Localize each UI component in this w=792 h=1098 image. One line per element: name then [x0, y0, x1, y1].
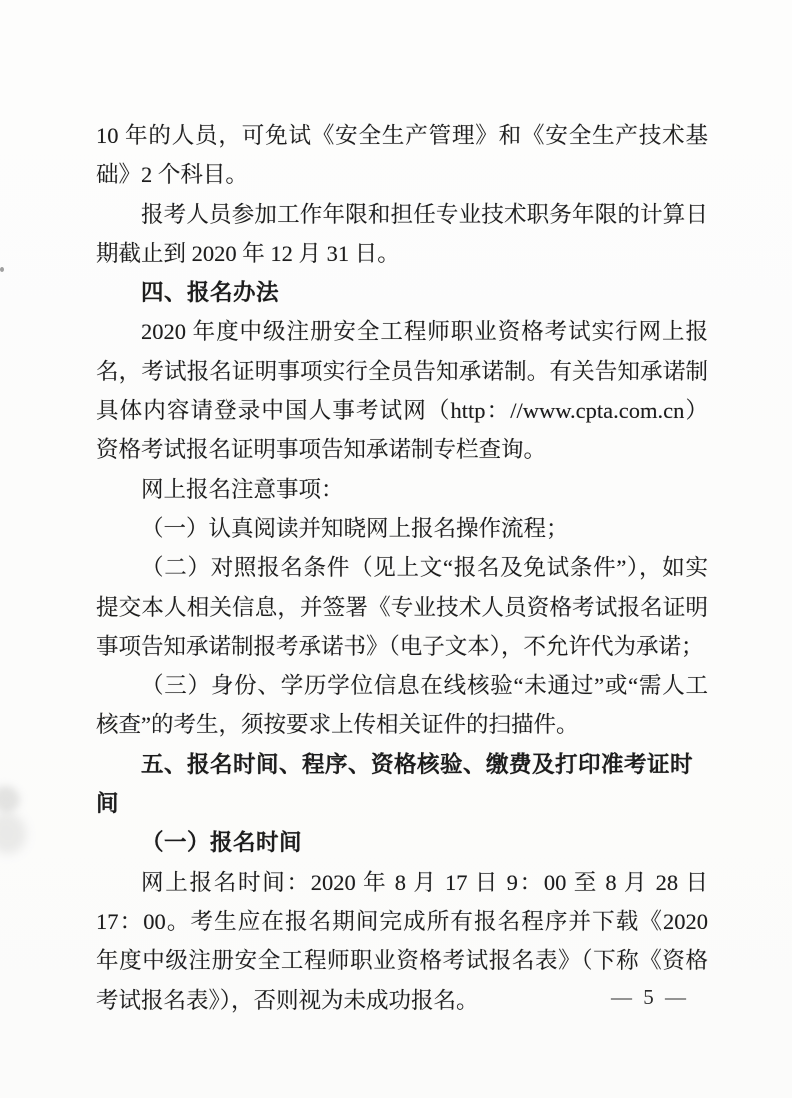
section-heading-4: 四、报名办法 [96, 273, 708, 312]
list-item-3: （三）身份、学历学位信息在线核验“未通过”或“需人工核查”的考生，须按要求上传相… [96, 666, 708, 745]
section-heading-5: 五、报名时间、程序、资格核验、缴费及打印准考证时间 [96, 745, 708, 824]
list-item-1: （一）认真阅读并知晓网上报名操作流程； [96, 509, 708, 548]
document-body: 10 年的人员，可免试《安全生产管理》和《安全生产技术基础》2 个科目。 报考人… [96, 116, 708, 1020]
page-number: — 5 — [560, 985, 740, 1010]
paragraph: 2020 年度中级注册安全工程师职业资格考试实行网上报名，考试报名证明事项实行全… [96, 312, 708, 469]
scan-speck [0, 267, 4, 272]
scan-smudge [0, 808, 31, 858]
scan-smudge [0, 781, 24, 816]
paragraph: 报考人员参加工作年限和担任专业技术职务年限的计算日期截止到 2020 年 12 … [96, 195, 708, 274]
document-page: 10 年的人员，可免试《安全生产管理》和《安全生产技术基础》2 个科目。 报考人… [0, 0, 792, 1098]
list-item-2: （二）对照报名条件（见上文“报名及免试条件”），如实提交本人相关信息，并签署《专… [96, 548, 708, 666]
subsection-heading: （一）报名时间 [96, 823, 708, 862]
paragraph-continuation: 10 年的人员，可免试《安全生产管理》和《安全生产技术基础》2 个科目。 [96, 116, 708, 195]
paragraph: 网上报名注意事项： [96, 470, 708, 509]
